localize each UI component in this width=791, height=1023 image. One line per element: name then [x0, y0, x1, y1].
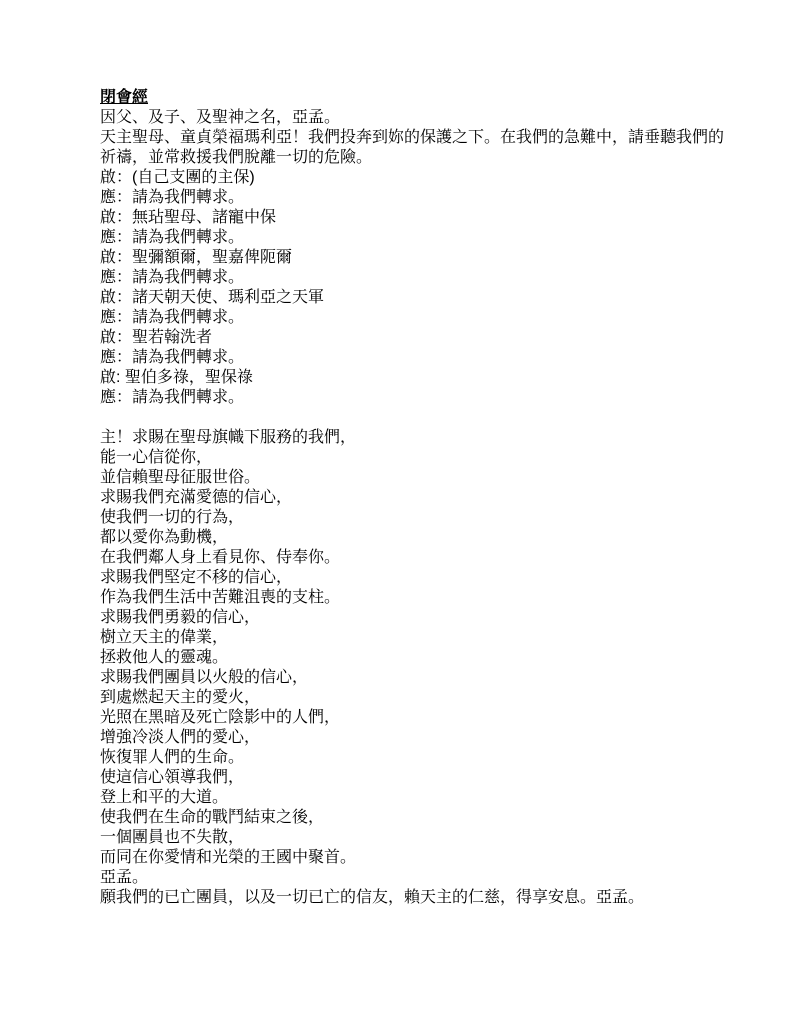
prayer-line: 恢復罪人們的生命。	[100, 748, 726, 768]
prayer-line: 到處燃起天主的愛火，	[100, 688, 726, 708]
prayer-line: 並信賴聖母征服世俗。	[100, 468, 726, 488]
litany-line: 啟：(自己支團的主保)	[100, 168, 726, 188]
litany-line: 啟: 聖伯多祿，聖保祿	[100, 368, 726, 388]
litany-line: 應：請為我們轉求。	[100, 268, 726, 288]
prayer-line: 使我們在生命的戰鬥結束之後，	[100, 808, 726, 828]
prayer-line: 求賜我們團員以火般的信心，	[100, 668, 726, 688]
litany-line: 啟：聖若翰洗者	[100, 328, 726, 348]
prayer-line: 求賜我們勇毅的信心，	[100, 608, 726, 628]
prayer-line: 主！求賜在聖母旗幟下服務的我們，	[100, 428, 726, 448]
prayer-line: 亞孟。	[100, 868, 726, 888]
litany-line: 應：請為我們轉求。	[100, 228, 726, 248]
prayer-line: 使我們一切的行為，	[100, 508, 726, 528]
litany-line: 啟：無玷聖母、諸寵中保	[100, 208, 726, 228]
page-content: 閉會經 因父、及子、及聖神之名，亞孟。天主聖母、童貞榮福瑪利亞！我們投奔到妳的保…	[100, 88, 726, 908]
section-spacer	[100, 408, 726, 428]
litany-line: 啟：諸天朝天使、瑪利亞之天軍	[100, 288, 726, 308]
opening-line: 天主聖母、童貞榮福瑪利亞！我們投奔到妳的保護之下。在我們的急難中，請垂聽我們的祈…	[100, 128, 726, 168]
prayer-line: 樹立天主的偉業，	[100, 628, 726, 648]
opening-line: 因父、及子、及聖神之名，亞孟。	[100, 108, 726, 128]
prayer-line: 光照在黑暗及死亡陰影中的人們，	[100, 708, 726, 728]
prayer-section: 主！求賜在聖母旗幟下服務的我們，能一心信從你，並信賴聖母征服世俗。求賜我們充滿愛…	[100, 428, 726, 888]
document-page: 閉會經 因父、及子、及聖神之名，亞孟。天主聖母、童貞榮福瑪利亞！我們投奔到妳的保…	[0, 0, 791, 1023]
prayer-line: 求賜我們堅定不移的信心，	[100, 568, 726, 588]
prayer-line: 作為我們生活中苦難沮喪的支柱。	[100, 588, 726, 608]
litany-line: 應：請為我們轉求。	[100, 348, 726, 368]
closing-line: 願我們的已亡團員，以及一切已亡的信友，賴天主的仁慈，得享安息。亞孟。	[100, 888, 726, 908]
litany-section: 啟：(自己支團的主保)應：請為我們轉求。啟：無玷聖母、諸寵中保應：請為我們轉求。…	[100, 168, 726, 408]
opening-section: 因父、及子、及聖神之名，亞孟。天主聖母、童貞榮福瑪利亞！我們投奔到妳的保護之下。…	[100, 108, 726, 168]
prayer-line: 能一心信從你，	[100, 448, 726, 468]
litany-line: 應：請為我們轉求。	[100, 188, 726, 208]
prayer-line: 都以愛你為動機，	[100, 528, 726, 548]
prayer-line: 求賜我們充滿愛德的信心，	[100, 488, 726, 508]
prayer-line: 而同在你愛情和光榮的王國中聚首。	[100, 848, 726, 868]
prayer-line: 一個團員也不失散，	[100, 828, 726, 848]
prayer-line: 在我們鄰人身上看見你、侍奉你。	[100, 548, 726, 568]
litany-line: 應：請為我們轉求。	[100, 388, 726, 408]
litany-line: 應：請為我們轉求。	[100, 308, 726, 328]
prayer-line: 拯救他人的靈魂。	[100, 648, 726, 668]
closing-section: 願我們的已亡團員，以及一切已亡的信友，賴天主的仁慈，得享安息。亞孟。	[100, 888, 726, 908]
prayer-line: 登上和平的大道。	[100, 788, 726, 808]
prayer-line: 增強冷淡人們的愛心，	[100, 728, 726, 748]
prayer-line: 使這信心領導我們，	[100, 768, 726, 788]
litany-line: 啟：聖彌額爾，聖嘉俾阨爾	[100, 248, 726, 268]
document-title: 閉會經	[100, 88, 148, 108]
